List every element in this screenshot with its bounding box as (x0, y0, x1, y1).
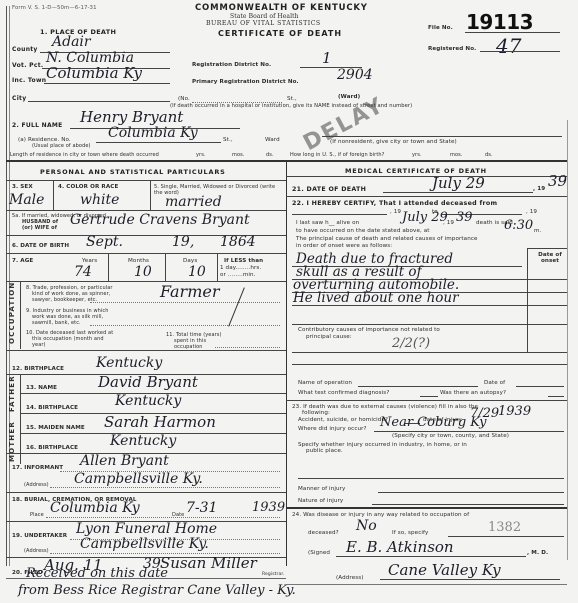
nature-label: Nature of injury (298, 498, 343, 504)
manner-label: Manner of injury (298, 486, 345, 492)
father-name-label: 13. NAME (26, 385, 57, 391)
signed-line (336, 556, 526, 557)
street-label: St., (287, 96, 297, 102)
medical-title-line (286, 176, 567, 177)
contributory-rule-1 (292, 352, 567, 353)
foreign-ds: ds. (485, 152, 493, 158)
birthplace-value: Kentucky (96, 355, 162, 371)
filed-registrar: Susan Miller (160, 554, 257, 572)
age-days-value: 10 (188, 264, 206, 280)
bottom-line-right (286, 584, 567, 585)
trade-stroke (228, 287, 245, 326)
age-divider-1 (108, 253, 109, 281)
signed-label: (Signed (308, 550, 330, 556)
contributory-label-2: principal cause: (306, 334, 352, 340)
full-name-value: Henry Bryant (80, 108, 183, 126)
father-vertical-label: FATHER (8, 375, 16, 412)
injury-year-value: 1939 (498, 404, 531, 419)
death-year-prefix: , 19 (533, 186, 545, 192)
burial-year-value: 1939 (252, 500, 285, 515)
nature-line (372, 504, 564, 505)
race-value: white (80, 192, 119, 208)
occurred-label: to have occurred on the date stated abov… (296, 228, 430, 234)
marital-value: married (165, 194, 222, 210)
age-years-value: 74 (74, 264, 92, 280)
length-mos: mos. (232, 152, 245, 158)
personal-title-line (6, 180, 286, 181)
cause-rule-5 (292, 324, 567, 325)
contributory-label-1: Contributory causes of importance not re… (298, 327, 440, 333)
death-year-value: 39 (548, 172, 567, 190)
less-than-label: If LESS than (224, 258, 263, 264)
city-label: City (12, 95, 26, 102)
column-divider (286, 160, 287, 566)
test-line (420, 396, 438, 397)
age-months-value: 10 (134, 264, 152, 280)
row-line-17 (6, 492, 286, 493)
date-of-death-label: 21. DATE OF DEATH (292, 186, 366, 193)
mother-maiden-value: Sarah Harmon (104, 413, 216, 431)
city-line (28, 101, 170, 102)
attended-to-year: , 19 (526, 209, 537, 215)
physician-address-line (380, 579, 560, 580)
principal-cause-label-2: in order of onset were as follows: (296, 243, 392, 249)
row-line-21 (286, 196, 567, 197)
primary-registration-value: 2904 (337, 67, 373, 83)
autopsy-line (548, 396, 564, 397)
margin-number: 1382 (488, 520, 521, 535)
file-number: 19113 (466, 10, 533, 34)
cause-rule-4 (292, 305, 567, 306)
father-birthplace-label: 14. BIRTHPLACE (26, 405, 78, 411)
board-heading: State Board of Health (230, 13, 299, 20)
informant-address-label: (Address) (24, 482, 49, 488)
inc-town-value: Columbia Ky (46, 64, 142, 82)
spouse-label-3: (or) WIFE of (22, 225, 57, 231)
registration-district-label: Registration District No. (192, 62, 271, 68)
row-line-occupation (6, 350, 286, 351)
file-no-line (465, 32, 560, 33)
specify-line (298, 478, 564, 479)
last-saw-year: 39 (456, 210, 473, 225)
burial-place-label: Place (30, 512, 44, 518)
external-label-2: following: (302, 410, 330, 416)
registered-no-line (480, 51, 560, 52)
where-value: Near Coburg Ky (380, 415, 487, 430)
undertaker-label: 19. UNDERTAKER (12, 533, 67, 539)
inc-town-line (44, 83, 170, 84)
certificate-title: CERTIFICATE OF DEATH (218, 29, 342, 38)
test-label: What test confirmed diagnosis? (298, 390, 389, 396)
age-divider-3 (217, 253, 218, 281)
right-border (567, 120, 568, 560)
onset-column-line (527, 248, 528, 352)
physician-address-label: (Address) (336, 575, 364, 581)
bottom-line-left (6, 578, 286, 579)
burial-line (46, 517, 280, 518)
age-divider-2 (165, 253, 166, 281)
burial-date-value: 7-31 (186, 500, 217, 516)
county-label: County (12, 46, 38, 53)
vot-pct-label: Vot. Pct. (12, 62, 43, 69)
filed-note-2: from Bess Rice Registrar Cane Valley - K… (18, 583, 296, 598)
industry-label-3: sawmill, bank, etc. (32, 320, 81, 326)
dob-day: 19, (172, 234, 194, 250)
registrar-label: Registrar. (262, 572, 284, 577)
contributory-rule-2 (292, 364, 567, 365)
physician-signature: E. B. Atkinson (346, 538, 454, 556)
file-no-label: File No. (428, 25, 453, 31)
age-label: 7. AGE (12, 258, 33, 264)
specify-label-2: public place. (306, 448, 343, 454)
industry-line (90, 325, 280, 326)
foreign-birth-label: How long in U. S., if of foreign birth? (290, 152, 384, 158)
sex-race-divider (53, 180, 54, 210)
race-marital-divider (150, 180, 151, 210)
total-time-line (215, 347, 280, 348)
last-saw-year-prefix: , 19 (443, 220, 454, 226)
foreign-mos: mos. (450, 152, 463, 158)
accident-label: Accident, suicide, or homicide? (298, 417, 388, 423)
or-min-label: or ........min. (220, 272, 256, 278)
personal-section-title: PERSONAL AND STATISTICAL PARTICULARS (40, 168, 226, 176)
undertaker-address-label: (Address) (24, 548, 49, 554)
where-line (374, 431, 564, 432)
street-no-label: (No. (178, 96, 190, 102)
residence-value: Columbia Ky (108, 125, 198, 141)
row-line-23 (286, 507, 567, 509)
date-of-death-value: July 29 (432, 174, 485, 192)
onset-top-line (527, 248, 567, 249)
row-line-7 (6, 281, 286, 282)
where-label: Where did injury occur? (298, 426, 367, 432)
physician-address: Cane Valley Ky (388, 561, 501, 579)
trade-line (90, 302, 280, 303)
birthplace-label: 12. BIRTHPLACE (12, 366, 64, 372)
if-so-line (448, 536, 564, 537)
registration-district-value: 1 (322, 49, 332, 67)
informant-address-line (50, 487, 280, 488)
dob-year: 1864 (220, 234, 256, 250)
operation-line (358, 386, 478, 387)
death-certificate: Form V. S. 1-D—50m—6-17-31 COMMONWEALTH … (0, 0, 578, 603)
occupation-sidebar-line (20, 281, 21, 349)
residence-line (96, 142, 221, 143)
if-so-label: If so, specify (392, 530, 428, 536)
attended-from-year: , 19 (390, 209, 401, 215)
attended-from-line (292, 214, 387, 215)
registered-number: 47 (496, 34, 521, 58)
where-note: (Specify city or town, county, and State… (392, 433, 509, 439)
father-name-value: David Bryant (98, 373, 198, 391)
residence-sub-label: (Usual place of abode) (32, 143, 91, 149)
length-of-residence-label: Length of residence in city or town wher… (10, 152, 159, 158)
length-yrs: yrs. (196, 152, 206, 158)
trade-value: Farmer (160, 282, 220, 301)
row-line-22 (286, 400, 567, 401)
autopsy-label: Was there an autopsy? (440, 390, 506, 396)
date-of-death-line (383, 192, 533, 193)
deceased-label: deceased? (308, 530, 339, 536)
race-label: 4. COLOR OR RACE (58, 184, 118, 190)
contributory-mark: 2/2(?) (392, 336, 430, 351)
registered-no-label: Registered No. (428, 46, 476, 52)
informant-name: Allen Bryant (80, 453, 169, 469)
residence-nonresident-line (322, 136, 562, 137)
bureau-heading: BUREAU OF VITAL STATISTICS (206, 20, 321, 27)
dob-month: Sept. (86, 234, 123, 250)
undertaker-address: Campbellsville Ky. (80, 536, 209, 552)
day-hrs-label: 1 day........hrs. (220, 265, 261, 271)
residence-ward-label: Ward (265, 137, 280, 143)
time-of-death: 6:30 (504, 218, 533, 233)
operation-label: Name of operation (298, 380, 352, 386)
state-heading: COMMONWEALTH OF KENTUCKY (195, 3, 368, 13)
md-label: , M. D. (527, 550, 548, 556)
burial-place-value: Columbia Ky (50, 500, 140, 516)
dob-label: 6. DATE OF BIRTH (12, 243, 69, 249)
left-border (6, 6, 7, 566)
mother-birthplace-label: 16. BIRTHPLACE (26, 445, 78, 451)
last-saw-value: July 29 (402, 210, 448, 225)
residence-st-label: St., (223, 137, 233, 143)
operation-date-line (516, 386, 564, 387)
undertaker-name: Lyon Funeral Home (76, 521, 217, 537)
trade-label-3: sawyer, bookkeeper, etc. (32, 297, 97, 303)
sex-label: 3. SEX (12, 184, 33, 190)
inc-town-label: Inc. Town (12, 77, 46, 84)
informant-label: 17. INFORMANT (12, 465, 63, 471)
father-birthplace-value: Kentucky (115, 393, 181, 409)
nonresident-note: (If nonresident, give city or town and S… (330, 139, 457, 145)
county-value: Adair (52, 34, 91, 50)
cause-line-4: He lived about one hour (293, 290, 459, 306)
deceased-answer: No (356, 518, 377, 534)
principal-cause-label-1: The principal cause of death and related… (296, 236, 478, 242)
informant-address: Campbellsville Ky. (74, 471, 203, 487)
spouse-value: Gertrude Cravens Bryant (70, 212, 250, 228)
occupation-vertical-label: OCCUPATION (8, 282, 16, 344)
time-suffix: m. (534, 228, 541, 234)
occupation-related-label: 24. Was disease or injury in any way rel… (292, 512, 469, 518)
mother-maiden-label: 15. MAIDEN NAME (26, 425, 85, 431)
last-saw-label: I last saw h__ alive on (296, 220, 359, 226)
operation-date-label: Date of (484, 380, 505, 386)
mother-vertical-label: MOTHER (8, 421, 16, 462)
row-line-6 (6, 253, 286, 254)
full-name-label: 2. FULL NAME (12, 122, 63, 129)
sex-value: Male (9, 192, 44, 208)
foreign-yrs: yrs. (412, 152, 422, 158)
date-of-onset-label: Date of onset (536, 252, 564, 264)
row-line-5 (6, 210, 286, 211)
certify-label: 22. I HEREBY CERTIFY, That I attended de… (292, 200, 497, 207)
ward-label: (Ward) (338, 94, 360, 100)
length-ds: ds. (266, 152, 274, 158)
last-worked-label-3: year) (32, 342, 46, 348)
parents-sidebar-line (20, 374, 21, 464)
attended-to-line (442, 214, 522, 215)
mother-birthplace-value: Kentucky (110, 433, 176, 449)
form-id: Form V. S. 1-D—50m—6-17-31 (12, 5, 97, 11)
primary-registration-label: Primary Registration District No. (192, 79, 299, 85)
manner-line (378, 492, 564, 493)
